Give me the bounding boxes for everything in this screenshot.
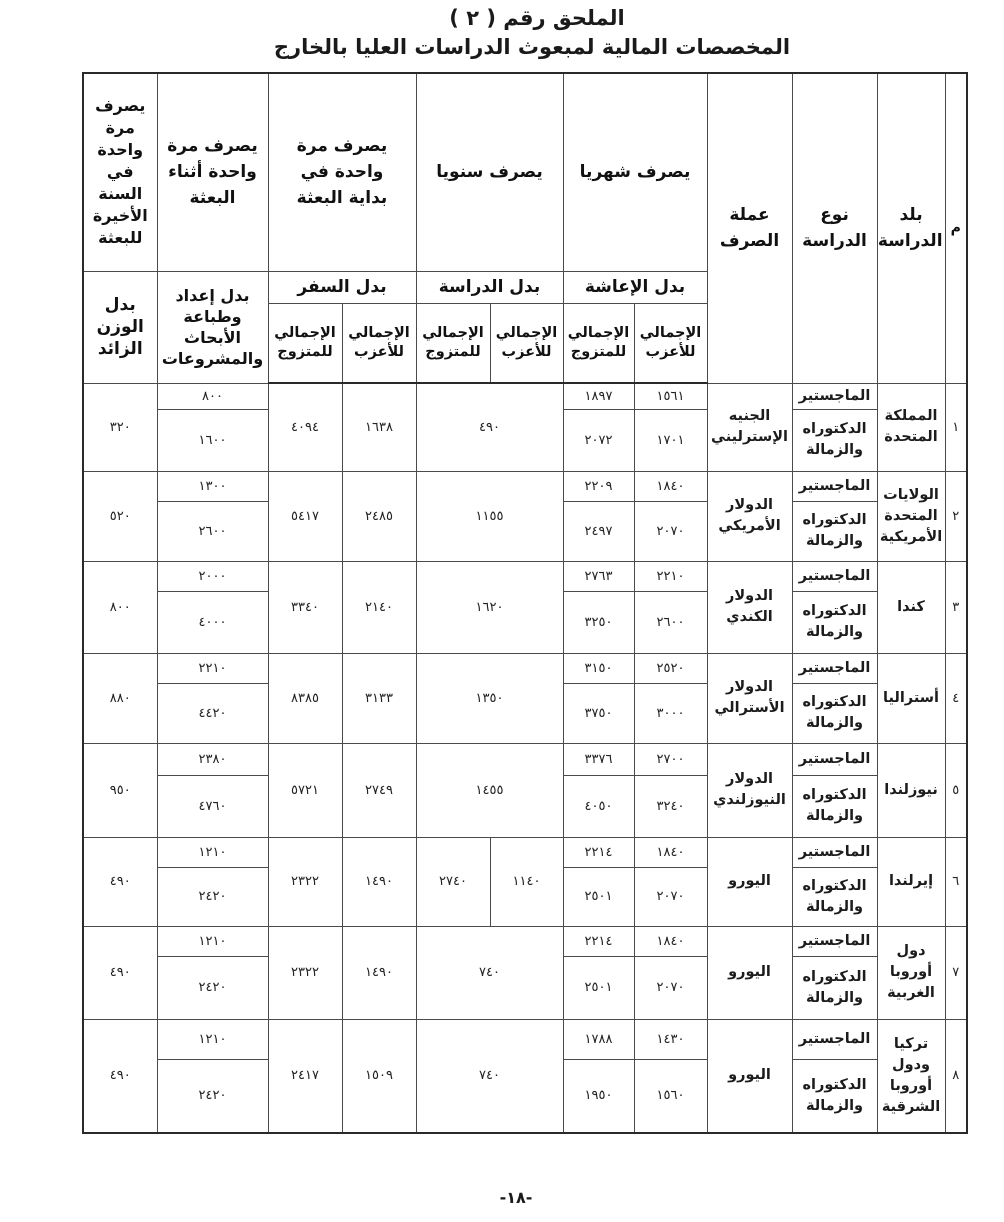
research-masters: ١٢١٠ bbox=[157, 837, 268, 867]
research-masters: ١٢١٠ bbox=[157, 926, 268, 956]
allowances-table: م بلد الدراسة نوع الدراسة عملة الصرف يصر… bbox=[82, 72, 968, 1134]
living-single-masters: ١٤٣٠ bbox=[634, 1019, 707, 1059]
study-type-masters: الماجستير bbox=[792, 1019, 877, 1059]
currency-cell: اليورو bbox=[707, 837, 792, 926]
currency-cell: الدولار الأسترالي bbox=[707, 653, 792, 743]
travel-single: ١٦٣٨ bbox=[342, 383, 416, 471]
study-type-doctorate: الدكتوراه والزمالة bbox=[792, 867, 877, 926]
travel-single: ١٤٩٠ bbox=[342, 837, 416, 926]
study-allowance: ٤٩٠ bbox=[416, 383, 563, 471]
research-masters: ٢٣٨٠ bbox=[157, 743, 268, 775]
header-living-single: الإجمالي للأعزب bbox=[634, 303, 707, 383]
header-country: بلد الدراسة bbox=[877, 73, 945, 383]
weight-allowance: ٣٢٠ bbox=[83, 383, 157, 471]
table-body: ١المملكة المتحدةالماجستيرالجنيه الإسترلي… bbox=[83, 383, 967, 1133]
living-married-masters: ٢٢١٤ bbox=[563, 926, 634, 956]
header-group-travel: بدل السفر bbox=[268, 271, 416, 303]
currency-cell: الجنيه الإسترليني bbox=[707, 383, 792, 471]
research-doctorate: ٢٤٢٠ bbox=[157, 1059, 268, 1133]
living-single-masters: ٢٧٠٠ bbox=[634, 743, 707, 775]
annex-title: الملحق رقم ( ٢ ) bbox=[0, 4, 1004, 32]
living-single-masters: ١٨٤٠ bbox=[634, 837, 707, 867]
living-married-doctorate: ٢٠٧٢ bbox=[563, 409, 634, 471]
header-living-married: الإجمالي للمتزوج bbox=[563, 303, 634, 383]
study-type-doctorate: الدكتوراه والزمالة bbox=[792, 591, 877, 653]
header-study-married: الإجمالي للمتزوج bbox=[416, 303, 490, 383]
country-cell: كندا bbox=[877, 561, 945, 653]
header-payment-once-start: يصرف مرة واحدة في بداية البعثة bbox=[268, 73, 416, 271]
country-cell: إيرلندا bbox=[877, 837, 945, 926]
living-married-doctorate: ٢٥٠١ bbox=[563, 867, 634, 926]
research-doctorate: ١٦٠٠ bbox=[157, 409, 268, 471]
living-married-doctorate: ١٩٥٠ bbox=[563, 1059, 634, 1133]
travel-single: ١٥٠٩ bbox=[342, 1019, 416, 1133]
travel-married: ٢٤١٧ bbox=[268, 1019, 342, 1133]
travel-single: ٢١٤٠ bbox=[342, 561, 416, 653]
table-row: ٨تركيا ودول أوروبا الشرقيةالماجستيراليور… bbox=[83, 1019, 967, 1059]
row-index: ١ bbox=[945, 383, 967, 471]
header-travel-single: الإجمالي للأعزب bbox=[342, 303, 416, 383]
research-masters: ٨٠٠ bbox=[157, 383, 268, 409]
study-allowance: ١٤٥٥ bbox=[416, 743, 563, 837]
header-group-living: بدل الإعاشة bbox=[563, 271, 707, 303]
living-single-masters: ١٥٦١ bbox=[634, 383, 707, 409]
travel-married: ٢٣٢٢ bbox=[268, 926, 342, 1019]
living-married-masters: ٢٧٦٣ bbox=[563, 561, 634, 591]
study-type-doctorate: الدكتوراه والزمالة bbox=[792, 409, 877, 471]
study-married: ٢٧٤٠ bbox=[416, 837, 490, 926]
research-masters: ١٢١٠ bbox=[157, 1019, 268, 1059]
weight-allowance: ٥٢٠ bbox=[83, 471, 157, 561]
study-allowance: ٧٤٠ bbox=[416, 1019, 563, 1133]
living-married-doctorate: ٣٧٥٠ bbox=[563, 683, 634, 743]
page-number: -١٨- bbox=[0, 1188, 1004, 1207]
research-masters: ١٣٠٠ bbox=[157, 471, 268, 501]
country-cell: المملكة المتحدة bbox=[877, 383, 945, 471]
research-doctorate: ٢٤٢٠ bbox=[157, 867, 268, 926]
country-cell: الولايات المتحدة الأمريكية bbox=[877, 471, 945, 561]
living-single-doctorate: ٢٦٠٠ bbox=[634, 591, 707, 653]
study-type-masters: الماجستير bbox=[792, 926, 877, 956]
living-single-masters: ٢٢١٠ bbox=[634, 561, 707, 591]
weight-allowance: ٩٥٠ bbox=[83, 743, 157, 837]
travel-married: ٤٠٩٤ bbox=[268, 383, 342, 471]
study-allowance: ١١٥٥ bbox=[416, 471, 563, 561]
row-index: ٨ bbox=[945, 1019, 967, 1133]
living-single-doctorate: ٢٠٧٠ bbox=[634, 501, 707, 561]
country-cell: تركيا ودول أوروبا الشرقية bbox=[877, 1019, 945, 1133]
header-group-weight: بدل الوزن الزائد bbox=[83, 271, 157, 383]
header-index: م bbox=[945, 73, 967, 383]
table-row: ٦إيرلنداالماجستيراليورو١٨٤٠٢٢١٤١١٤٠٢٧٤٠١… bbox=[83, 837, 967, 867]
research-doctorate: ٢٤٢٠ bbox=[157, 956, 268, 1019]
currency-cell: اليورو bbox=[707, 1019, 792, 1133]
currency-cell: اليورو bbox=[707, 926, 792, 1019]
weight-allowance: ٤٩٠ bbox=[83, 926, 157, 1019]
living-married-masters: ١٨٩٧ bbox=[563, 383, 634, 409]
travel-married: ٥٧٢١ bbox=[268, 743, 342, 837]
research-doctorate: ٢٦٠٠ bbox=[157, 501, 268, 561]
header-group-study: بدل الدراسة bbox=[416, 271, 563, 303]
study-type-masters: الماجستير bbox=[792, 471, 877, 501]
header-study-type: نوع الدراسة bbox=[792, 73, 877, 383]
study-type-masters: الماجستير bbox=[792, 653, 877, 683]
header-payment-yearly: يصرف سنويا bbox=[416, 73, 563, 271]
living-married-doctorate: ٢٤٩٧ bbox=[563, 501, 634, 561]
study-allowance: ٧٤٠ bbox=[416, 926, 563, 1019]
table-row: ٧دول أوروبا الغربيةالماجستيراليورو١٨٤٠٢٢… bbox=[83, 926, 967, 956]
living-single-doctorate: ٣٠٠٠ bbox=[634, 683, 707, 743]
study-type-doctorate: الدكتوراه والزمالة bbox=[792, 775, 877, 837]
research-doctorate: ٤٧٦٠ bbox=[157, 775, 268, 837]
study-type-masters: الماجستير bbox=[792, 383, 877, 409]
country-cell: دول أوروبا الغربية bbox=[877, 926, 945, 1019]
living-married-masters: ٢٢١٤ bbox=[563, 837, 634, 867]
row-index: ٧ bbox=[945, 926, 967, 1019]
study-type-masters: الماجستير bbox=[792, 837, 877, 867]
table-row: ٢الولايات المتحدة الأمريكيةالماجستيرالدو… bbox=[83, 471, 967, 501]
weight-allowance: ٤٩٠ bbox=[83, 1019, 157, 1133]
row-index: ٣ bbox=[945, 561, 967, 653]
research-masters: ٢٢١٠ bbox=[157, 653, 268, 683]
table-row: ٥نيوزلنداالماجستيرالدولار النيوزلندي٢٧٠٠… bbox=[83, 743, 967, 775]
row-index: ٥ bbox=[945, 743, 967, 837]
study-type-doctorate: الدكتوراه والزمالة bbox=[792, 501, 877, 561]
currency-cell: الدولار النيوزلندي bbox=[707, 743, 792, 837]
table-row: ١المملكة المتحدةالماجستيرالجنيه الإسترلي… bbox=[83, 383, 967, 409]
living-single-doctorate: ١٥٦٠ bbox=[634, 1059, 707, 1133]
living-married-doctorate: ٢٥٠١ bbox=[563, 956, 634, 1019]
travel-single: ٣١٣٣ bbox=[342, 653, 416, 743]
travel-married: ٥٤١٧ bbox=[268, 471, 342, 561]
currency-cell: الدولار الأمريكي bbox=[707, 471, 792, 561]
living-single-doctorate: ٣٢٤٠ bbox=[634, 775, 707, 837]
country-cell: نيوزلندا bbox=[877, 743, 945, 837]
row-index: ٢ bbox=[945, 471, 967, 561]
living-single-doctorate: ٢٠٧٠ bbox=[634, 867, 707, 926]
living-married-doctorate: ٣٢٥٠ bbox=[563, 591, 634, 653]
weight-allowance: ٤٩٠ bbox=[83, 837, 157, 926]
row-index: ٤ bbox=[945, 653, 967, 743]
living-married-masters: ٣١٥٠ bbox=[563, 653, 634, 683]
travel-single: ٢٤٨٥ bbox=[342, 471, 416, 561]
living-married-masters: ٣٣٧٦ bbox=[563, 743, 634, 775]
table-row: ٣كنداالماجستيرالدولار الكندي٢٢١٠٢٧٦٣١٦٢٠… bbox=[83, 561, 967, 591]
header-travel-married: الإجمالي للمتزوج bbox=[268, 303, 342, 383]
weight-allowance: ٨٨٠ bbox=[83, 653, 157, 743]
study-allowance: ١٣٥٠ bbox=[416, 653, 563, 743]
header-group-research: بدل إعداد وطباعة الأبحاث والمشروعات bbox=[157, 271, 268, 383]
study-type-doctorate: الدكتوراه والزمالة bbox=[792, 683, 877, 743]
travel-single: ٢٧٤٩ bbox=[342, 743, 416, 837]
living-married-doctorate: ٤٠٥٠ bbox=[563, 775, 634, 837]
living-single-masters: ١٨٤٠ bbox=[634, 926, 707, 956]
weight-allowance: ٨٠٠ bbox=[83, 561, 157, 653]
living-single-masters: ١٨٤٠ bbox=[634, 471, 707, 501]
study-type-doctorate: الدكتوراه والزمالة bbox=[792, 956, 877, 1019]
header-payment-monthly: يصرف شهريا bbox=[563, 73, 707, 271]
living-single-masters: ٢٥٢٠ bbox=[634, 653, 707, 683]
study-type-masters: الماجستير bbox=[792, 743, 877, 775]
travel-married: ٢٣٢٢ bbox=[268, 837, 342, 926]
study-type-doctorate: الدكتوراه والزمالة bbox=[792, 1059, 877, 1133]
living-single-doctorate: ٢٠٧٠ bbox=[634, 956, 707, 1019]
study-allowance: ١٦٢٠ bbox=[416, 561, 563, 653]
row-index: ٦ bbox=[945, 837, 967, 926]
document-title: المخصصات المالية لمبعوث الدراسات العليا … bbox=[0, 32, 1004, 62]
country-cell: أستراليا bbox=[877, 653, 945, 743]
table-row: ٤أسترالياالماجستيرالدولار الأسترالي٢٥٢٠٣… bbox=[83, 653, 967, 683]
research-doctorate: ٤٠٠٠ bbox=[157, 591, 268, 653]
travel-married: ٨٣٨٥ bbox=[268, 653, 342, 743]
header-currency: عملة الصرف bbox=[707, 73, 792, 383]
header-study-single: الإجمالي للأعزب bbox=[490, 303, 563, 383]
research-masters: ٢٠٠٠ bbox=[157, 561, 268, 591]
header-payment-once-during: يصرف مرة واحدة أثناء البعثة bbox=[157, 73, 268, 271]
living-married-masters: ٢٢٠٩ bbox=[563, 471, 634, 501]
study-single: ١١٤٠ bbox=[490, 837, 563, 926]
header-payment-once-last-year: يصرف مرة واحدة في السنة الأخيرة للبعثة bbox=[83, 73, 157, 271]
research-doctorate: ٤٤٢٠ bbox=[157, 683, 268, 743]
travel-married: ٣٣٤٠ bbox=[268, 561, 342, 653]
currency-cell: الدولار الكندي bbox=[707, 561, 792, 653]
living-single-doctorate: ١٧٠١ bbox=[634, 409, 707, 471]
study-type-masters: الماجستير bbox=[792, 561, 877, 591]
living-married-masters: ١٧٨٨ bbox=[563, 1019, 634, 1059]
travel-single: ١٤٩٠ bbox=[342, 926, 416, 1019]
